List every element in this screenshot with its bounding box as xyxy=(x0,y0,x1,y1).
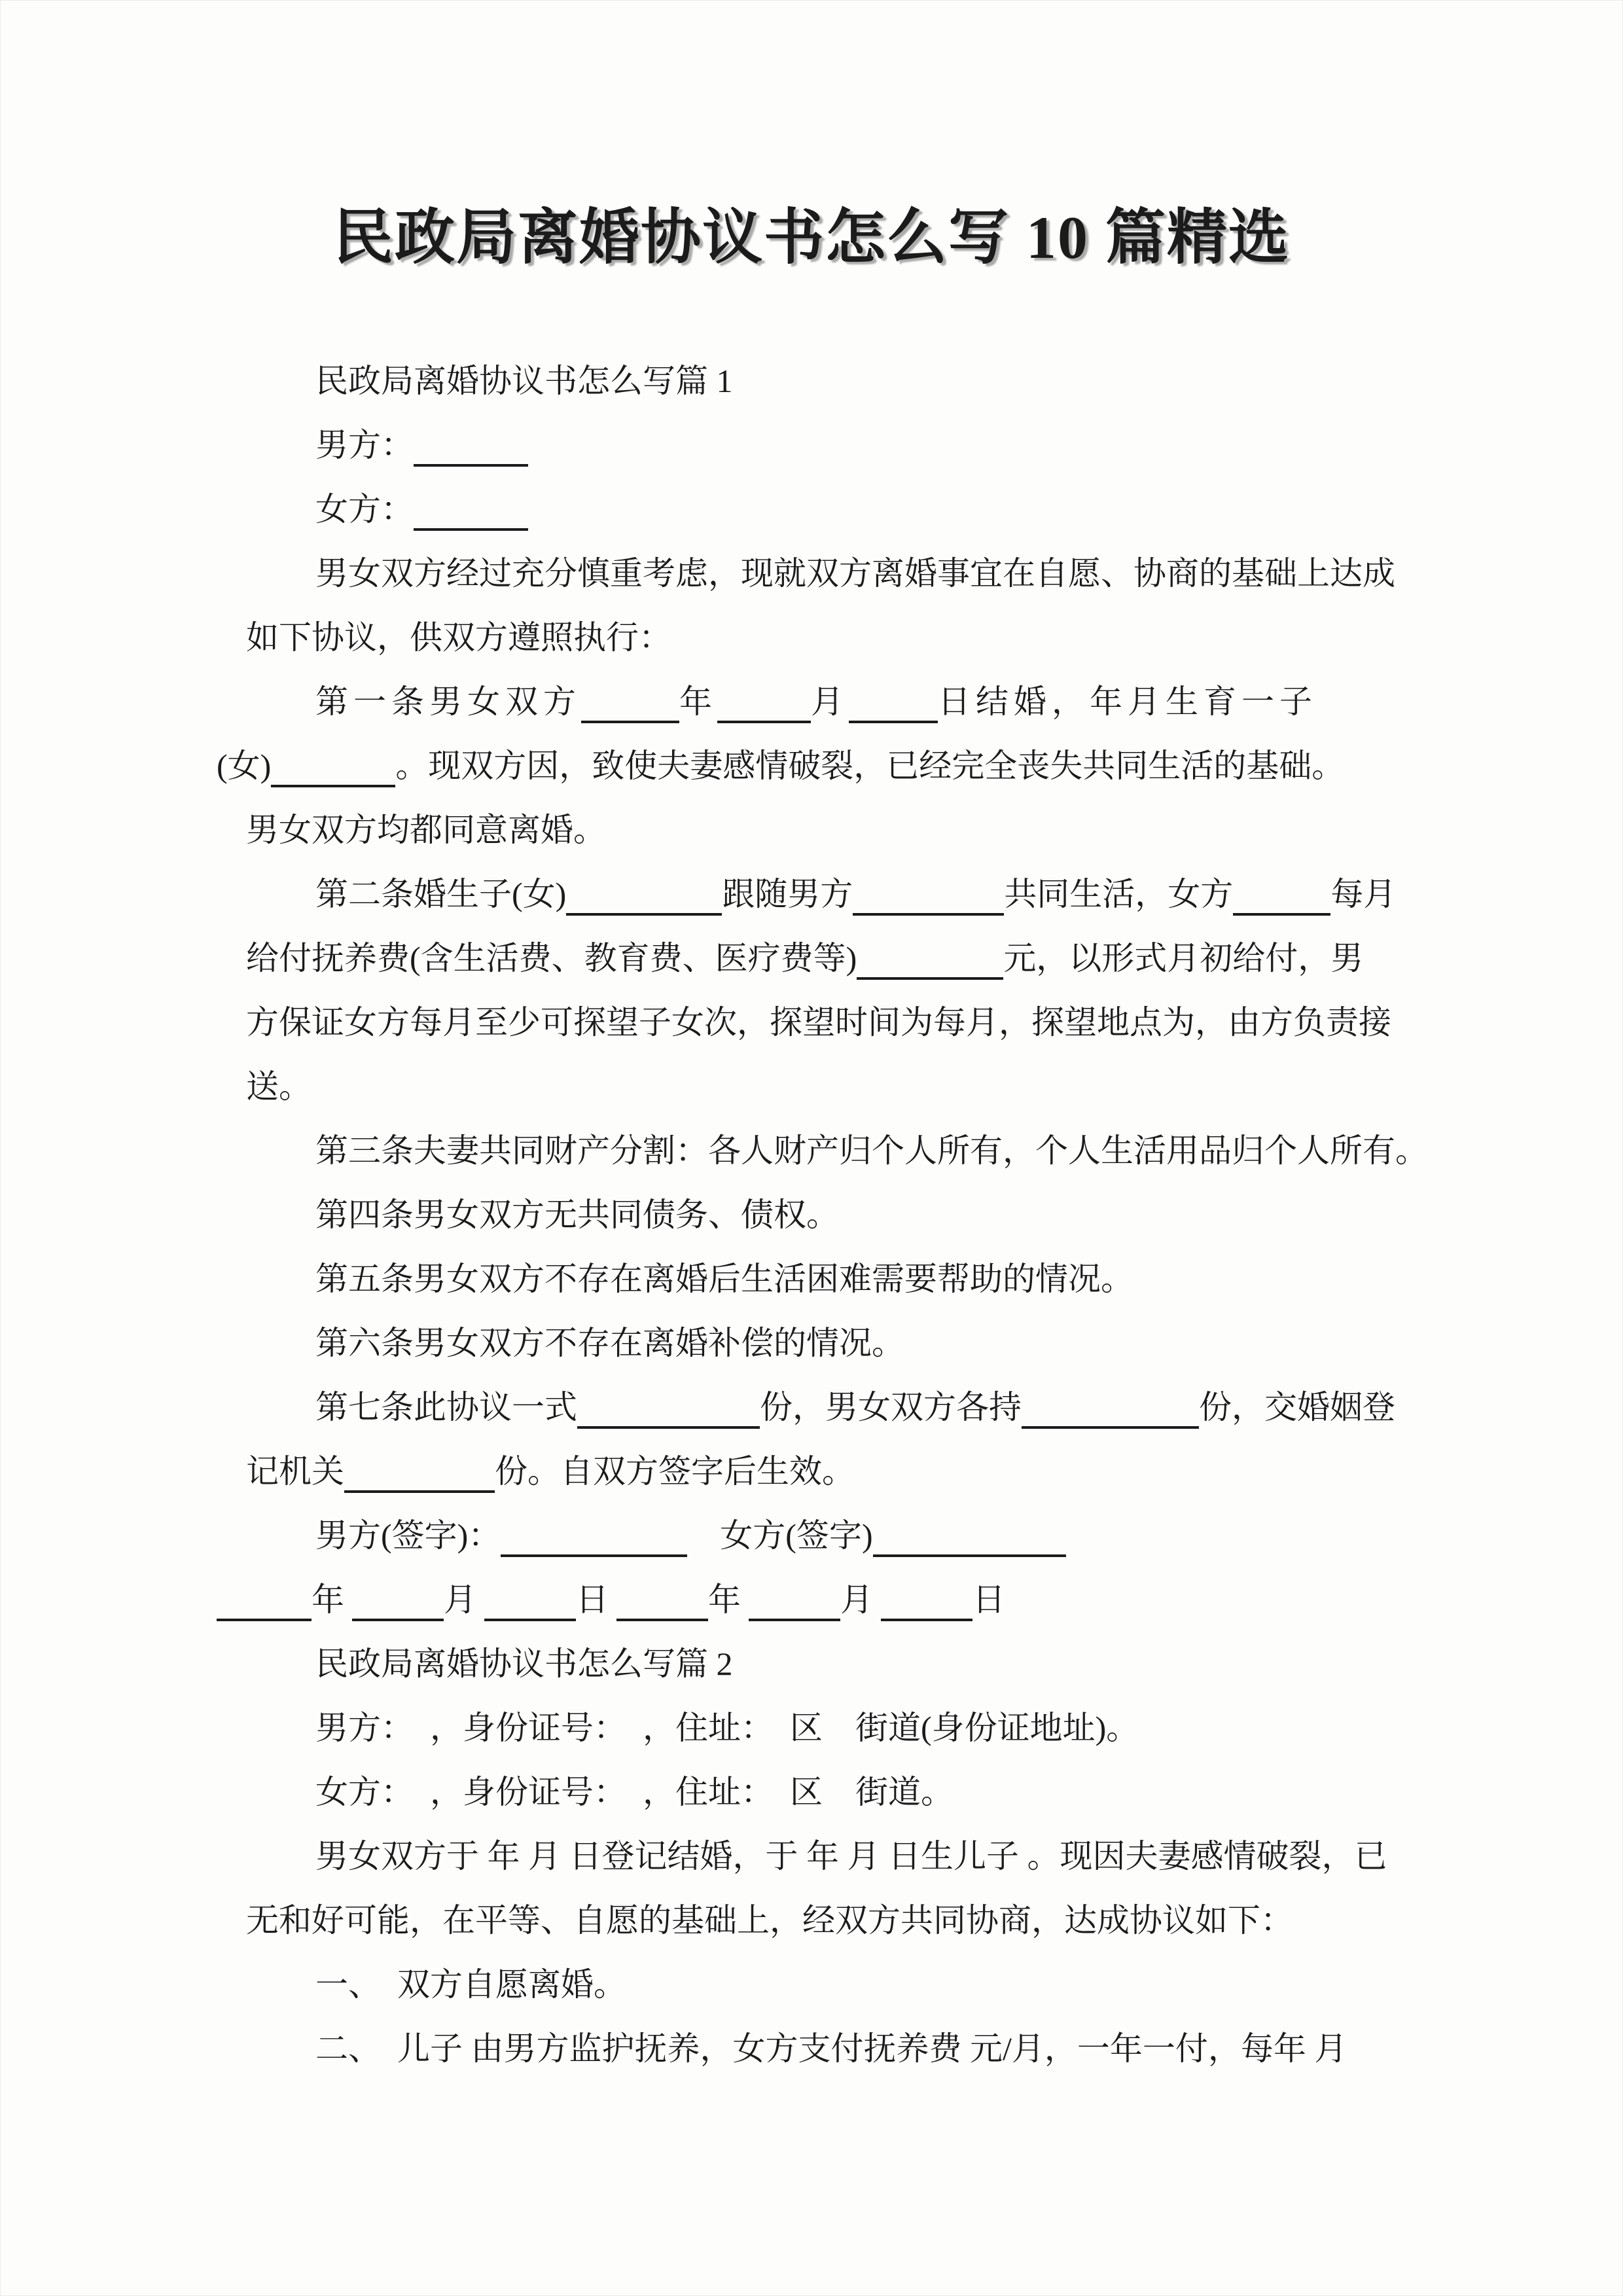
blank-underline xyxy=(271,776,395,787)
document-line: 女方： xyxy=(246,477,1452,541)
text-run: 如下协议，供双方遵照执行： xyxy=(246,619,671,656)
document-line: 无和好可能，在平等、自愿的基础上，经双方共同协商，达成协议如下： xyxy=(246,1888,1452,1952)
document-body: 民政局离婚协议书怎么写篇 1男方：女方：男女双方经过充分慎重考虑，现就双方离婚事… xyxy=(1,349,1622,2081)
text-run: 日 xyxy=(972,1581,1013,1618)
text-run: 。现双方因，致使夫妻感情破裂，已经完全丧失共同生活的基础。 xyxy=(395,747,1344,784)
document-line: 第六条男女双方不存在离婚补偿的情况。 xyxy=(246,1311,1452,1375)
text-run: 送。 xyxy=(246,1068,312,1105)
document-line: (女)。现双方因，致使夫妻感情破裂，已经完全丧失共同生活的基础。 xyxy=(217,734,1452,798)
text-run: 男方： xyxy=(315,427,414,463)
blank-underline xyxy=(616,1609,708,1621)
text-run: 份，交婚姻登 xyxy=(1199,1389,1395,1426)
blank-underline xyxy=(1022,1417,1199,1429)
text-run: 男方： ，身份证号： ，住址： 区 街道(身份证地址)。 xyxy=(315,1710,1139,1746)
blank-underline xyxy=(873,1545,1066,1557)
text-run: 女方： xyxy=(315,491,414,528)
text-run: 记机关 xyxy=(246,1453,344,1490)
blank-underline xyxy=(352,1609,444,1621)
document-page: 民政局离婚协议书怎么写 10 篇精选 民政局离婚协议书怎么写篇 1男方：女方：男… xyxy=(0,0,1623,2296)
blank-underline xyxy=(344,1481,495,1493)
blank-underline xyxy=(566,904,722,916)
document-line: 民政局离婚协议书怎么写篇 2 xyxy=(246,1632,1452,1696)
text-run: 第一条男女双方 xyxy=(315,683,581,720)
text-run: 每月 xyxy=(1330,876,1396,912)
text-run: 年 xyxy=(312,1581,352,1618)
document-line: 第三条夫妻共同财产分割：各人财产归个人所有，个人生活用品归个人所有。 xyxy=(246,1119,1452,1183)
text-run: (女) xyxy=(217,747,271,784)
text-run: 月 xyxy=(444,1581,484,1618)
text-run: 女方： ，身份证号： ，住址： 区 街道。 xyxy=(315,1774,954,1810)
text-run: 份。自双方签字后生效。 xyxy=(495,1453,855,1490)
text-run: 月 xyxy=(811,683,849,720)
blank-underline xyxy=(717,711,811,723)
text-run: 跟随男方 xyxy=(722,876,853,912)
text-run: 第二条婚生子(女) xyxy=(315,876,566,912)
text-run: 民政局离婚协议书怎么写篇 2 xyxy=(315,1645,733,1682)
document-line: 方保证女方每月至少可探望子女次，探望时间为每月，探望地点为，由方负责接 xyxy=(246,990,1452,1054)
document-line: 记机关份。自双方签字后生效。 xyxy=(246,1439,1452,1503)
text-run: 年 xyxy=(708,1581,749,1618)
document-line: 男女双方均都同意离婚。 xyxy=(246,798,1452,862)
text-run: 第六条男女双方不存在离婚补偿的情况。 xyxy=(315,1325,904,1361)
text-run: 第四条男女双方无共同债务、债权。 xyxy=(315,1196,839,1233)
document-line: 男方： ，身份证号： ，住址： 区 街道(身份证地址)。 xyxy=(246,1696,1452,1760)
document-line: 女方： ，身份证号： ，住址： 区 街道。 xyxy=(246,1760,1452,1824)
blank-underline xyxy=(1233,904,1330,916)
text-run: 份，男女双方各持 xyxy=(760,1389,1022,1426)
document-line: 一、 双方自愿离婚。 xyxy=(246,1952,1452,2017)
text-run: 男女双方于 年 月 日登记结婚，于 年 月 日生儿子 。现因夫妻感情破裂，已 xyxy=(315,1838,1387,1874)
document-line: 男方： xyxy=(246,413,1452,477)
blank-underline xyxy=(857,968,1003,980)
text-run: 第五条男女双方不存在离婚后生活困难需要帮助的情况。 xyxy=(315,1261,1133,1297)
text-run: 年 xyxy=(679,683,717,720)
text-run: 男方(签字)： xyxy=(315,1517,501,1554)
text-run: 日结婚，年月生育一子 xyxy=(938,683,1317,720)
blank-underline xyxy=(581,711,679,723)
text-run: 民政局离婚协议书怎么写篇 1 xyxy=(315,363,733,399)
blank-underline xyxy=(853,904,1004,916)
blank-underline xyxy=(577,1417,760,1429)
document-line: 二、 儿子 由男方监护抚养，女方支付抚养费 元/月，一年一付，每年 月 xyxy=(246,2017,1452,2081)
text-run: 男女双方经过充分慎重考虑，现就双方离婚事宜在自愿、协商的基础上达成 xyxy=(315,555,1395,592)
document-line: 第一条男女双方年月日结婚，年月生育一子 xyxy=(246,670,1452,734)
document-line: 民政局离婚协议书怎么写篇 1 xyxy=(246,349,1452,413)
text-run: 女方(签字) xyxy=(687,1517,872,1554)
document-line: 送。 xyxy=(246,1054,1452,1119)
text-run: 第七条此协议一式 xyxy=(315,1389,577,1426)
text-run: 元，以形式月初给付，男 xyxy=(1003,940,1363,977)
blank-underline xyxy=(749,1609,840,1621)
text-run: 男女双方均都同意离婚。 xyxy=(246,812,606,848)
text-run: 方保证女方每月至少可探望子女次，探望时间为每月，探望地点为，由方负责接 xyxy=(246,1004,1391,1041)
text-run: 第三条夫妻共同财产分割：各人财产归个人所有，个人生活用品归个人所有。 xyxy=(315,1132,1428,1169)
text-run: 共同生活，女方 xyxy=(1004,876,1233,912)
blank-underline xyxy=(501,1545,687,1557)
text-run: 二、 儿子 由男方监护抚养，女方支付抚养费 元/月，一年一付，每年 月 xyxy=(315,2030,1347,2067)
text-run: 无和好可能，在平等、自愿的基础上，经双方共同协商，达成协议如下： xyxy=(246,1902,1293,1939)
document-line: 男女双方经过充分慎重考虑，现就双方离婚事宜在自愿、协商的基础上达成 xyxy=(246,541,1452,605)
text-run: 给付抚养费(含生活费、教育费、医疗费等) xyxy=(246,940,857,977)
document-title: 民政局离婚协议书怎么写 10 篇精选 xyxy=(1,195,1622,280)
blank-underline xyxy=(414,455,528,467)
blank-underline xyxy=(881,1609,972,1621)
blank-underline xyxy=(849,711,938,723)
text-run: 日 xyxy=(576,1581,616,1618)
document-line: 第七条此协议一式份，男女双方各持份，交婚姻登 xyxy=(246,1375,1452,1439)
document-line: 第二条婚生子(女)跟随男方共同生活，女方每月 xyxy=(246,862,1452,926)
document-line: 年月日年月日 xyxy=(217,1568,1452,1632)
document-line: 男女双方于 年 月 日登记结婚，于 年 月 日生儿子 。现因夫妻感情破裂，已 xyxy=(246,1824,1452,1888)
text-run: 一、 双方自愿离婚。 xyxy=(315,1966,626,2003)
blank-underline xyxy=(217,1609,312,1621)
document-line: 给付抚养费(含生活费、教育费、医疗费等)元，以形式月初给付，男 xyxy=(246,926,1452,990)
document-line: 男方(签字)： 女方(签字) xyxy=(246,1503,1452,1568)
document-line: 第五条男女双方不存在离婚后生活困难需要帮助的情况。 xyxy=(246,1247,1452,1311)
document-line: 第四条男女双方无共同债务、债权。 xyxy=(246,1183,1452,1247)
text-run: 月 xyxy=(840,1581,881,1618)
blank-underline xyxy=(484,1609,576,1621)
blank-underline xyxy=(414,519,528,531)
document-line: 如下协议，供双方遵照执行： xyxy=(246,605,1452,670)
